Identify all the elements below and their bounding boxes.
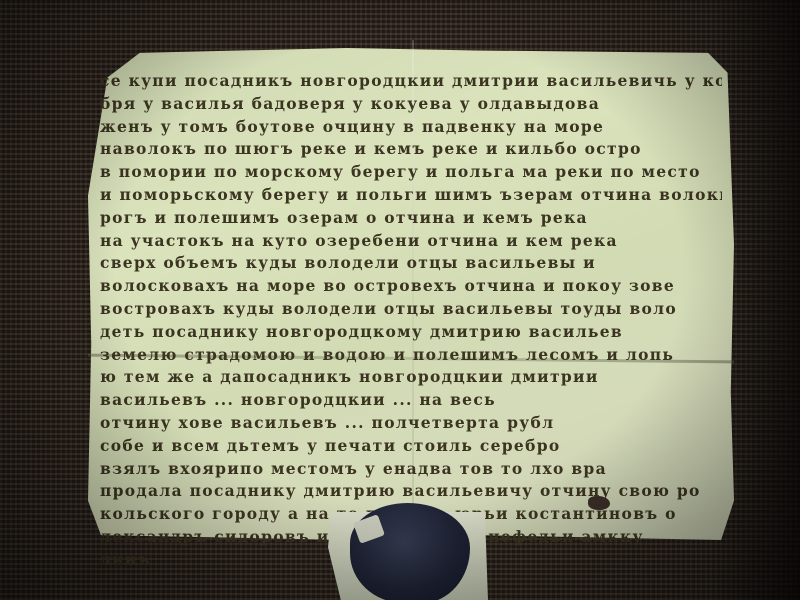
text-line: ю тем же а дапосадникъ новгородцкии дмит… bbox=[100, 366, 722, 389]
text-line: деть посаднику новгородцкому дмитрию вас… bbox=[100, 321, 722, 344]
text-line: се купи посадникъ новгородцкии дмитрии в… bbox=[100, 70, 722, 93]
text-line: на участокъ на куто озеребени отчина и к… bbox=[100, 230, 722, 253]
text-line: волосковахъ на море во островехъ отчина … bbox=[100, 275, 722, 298]
text-line: собе и всем дьтемъ у печати стоиль сереб… bbox=[100, 435, 722, 458]
text-line: востровахъ куды володели отцы васильевы … bbox=[100, 298, 722, 321]
parchment-hole bbox=[588, 496, 610, 510]
text-line: в помории по морскому берегу и польга ма… bbox=[100, 161, 722, 184]
text-line: васильевъ ... новгородцкии ... на весь bbox=[100, 389, 722, 412]
manuscript-text: се купи посадникъ новгородцкии дмитрии в… bbox=[100, 70, 722, 572]
text-line: сверх объемъ куды володели отцы васильев… bbox=[100, 252, 722, 275]
text-line: продала посаднику дмитрию васильевичу от… bbox=[100, 480, 722, 503]
text-line: рогъ и полешимъ озерам о отчина и Кемъ р… bbox=[100, 207, 722, 230]
text-line: бря у василья бадоверя у кокуева у олдав… bbox=[100, 93, 722, 116]
text-line: отчину Хове васильевъ ... полчетверта ру… bbox=[100, 412, 722, 435]
text-line: земелю страдомою и водою и полешимъ лесо… bbox=[100, 344, 722, 367]
text-line: взялъ вхоярипо местомъ у енадва тов то л… bbox=[100, 458, 722, 481]
text-line: и поморьскому берегу и польги шимъ Ъзера… bbox=[100, 184, 722, 207]
text-line: женъ у томъ боутове очцину в падвенку на… bbox=[100, 116, 722, 139]
text-line: наволокъ по Шюгъ реке и кемъ реке и киль… bbox=[100, 138, 722, 161]
